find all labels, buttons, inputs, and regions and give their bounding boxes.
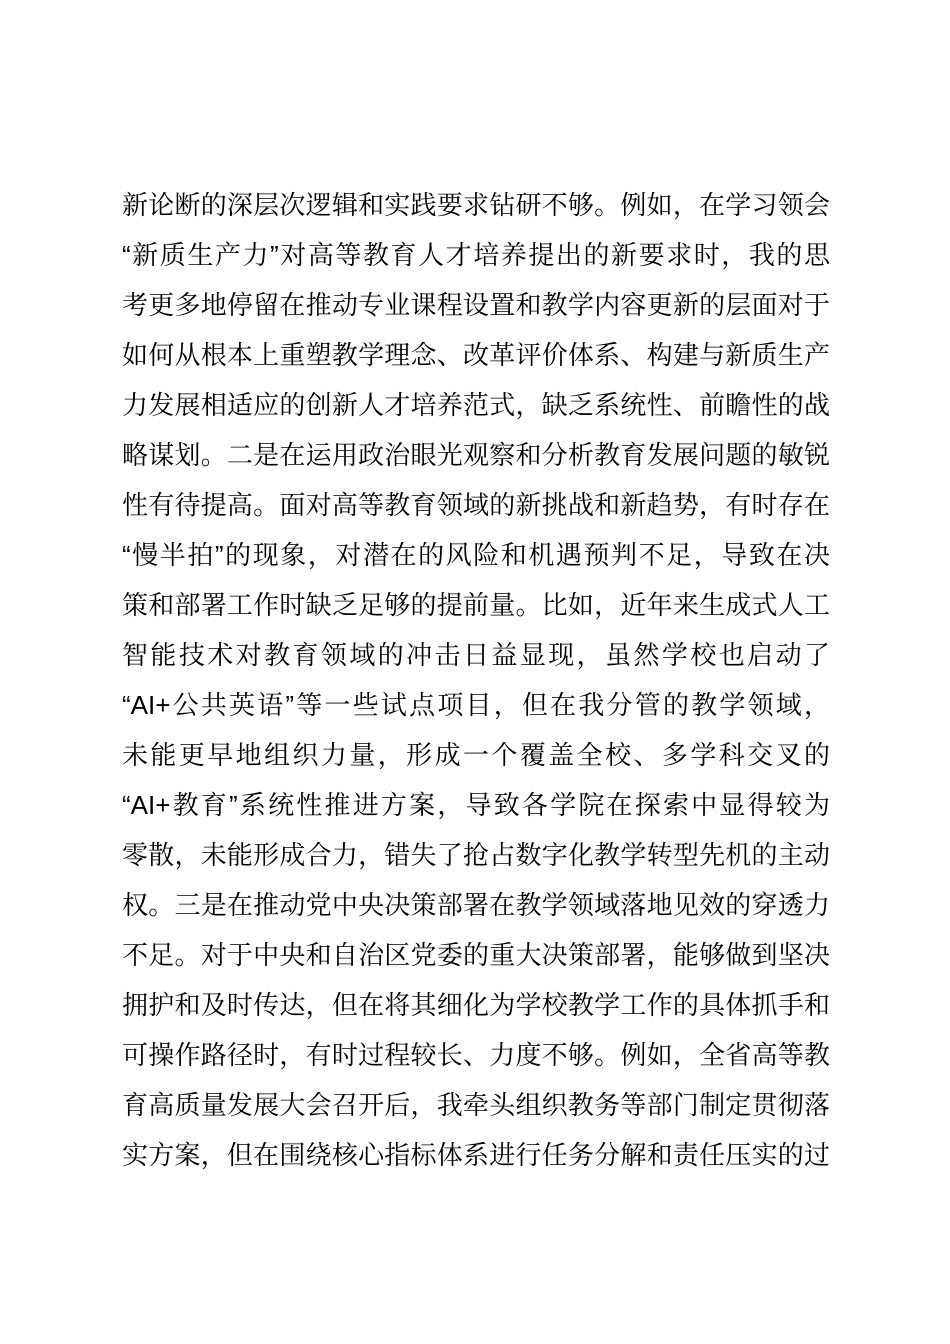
text-line-01: 新论断的深层次逻辑和实践要求钻研不够。例如，在学习领会 — [122, 180, 830, 230]
text-line-11: “AI+公共英语”等一些试点项目，但在我分管的教学领域， — [122, 680, 830, 730]
text-line-20: 实方案，但在围绕核心指标体系进行任务分解和责任压实的过 — [122, 1130, 830, 1180]
text-line-19: 育高质量发展大会召开后，我牵头组织教务等部门制定贯彻落 — [122, 1080, 830, 1130]
text-line-13: “AI+教育”系统性推进方案，导致各学院在探索中显得较为 — [122, 780, 830, 830]
text-line-07: 性有待提高。面对高等教育领域的新挑战和新趋势，有时存在 — [122, 480, 830, 530]
text-line-03: 考更多地停留在推动专业课程设置和教学内容更新的层面对于 — [122, 280, 830, 330]
text-line-04: 如何从根本上重塑教学理念、改革评价体系、构建与新质生产 — [122, 330, 830, 380]
text-line-05: 力发展相适应的创新人才培养范式，缺乏系统性、前瞻性的战 — [122, 380, 830, 430]
text-line-09: 策和部署工作时缺乏足够的提前量。比如，近年来生成式人工 — [122, 580, 830, 630]
paragraph-block: 新论断的深层次逻辑和实践要求钻研不够。例如，在学习领会 “新质生产力”对高等教育… — [122, 180, 830, 1180]
text-line-10: 智能技术对教育领域的冲击日益显现，虽然学校也启动了 — [122, 630, 830, 680]
text-line-18: 可操作路径时，有时过程较长、力度不够。例如，全省高等教 — [122, 1030, 830, 1080]
text-line-08: “慢半拍”的现象，对潜在的风险和机遇预判不足，导致在决 — [122, 530, 830, 580]
text-line-06: 略谋划。二是在运用政治眼光观察和分析教育发展问题的敏锐 — [122, 430, 830, 480]
text-line-14: 零散，未能形成合力，错失了抢占数字化教学转型先机的主动 — [122, 830, 830, 880]
document-page: 新论断的深层次逻辑和实践要求钻研不够。例如，在学习领会 “新质生产力”对高等教育… — [0, 0, 950, 1344]
text-line-12: 未能更早地组织力量，形成一个覆盖全校、多学科交叉的 — [122, 730, 830, 780]
text-line-17: 拥护和及时传达，但在将其细化为学校教学工作的具体抓手和 — [122, 980, 830, 1030]
text-line-02: “新质生产力”对高等教育人才培养提出的新要求时，我的思 — [122, 230, 830, 280]
text-line-15: 权。三是在推动党中央决策部署在教学领域落地见效的穿透力 — [122, 880, 830, 930]
text-line-16: 不足。对于中央和自治区党委的重大决策部署，能够做到坚决 — [122, 930, 830, 980]
